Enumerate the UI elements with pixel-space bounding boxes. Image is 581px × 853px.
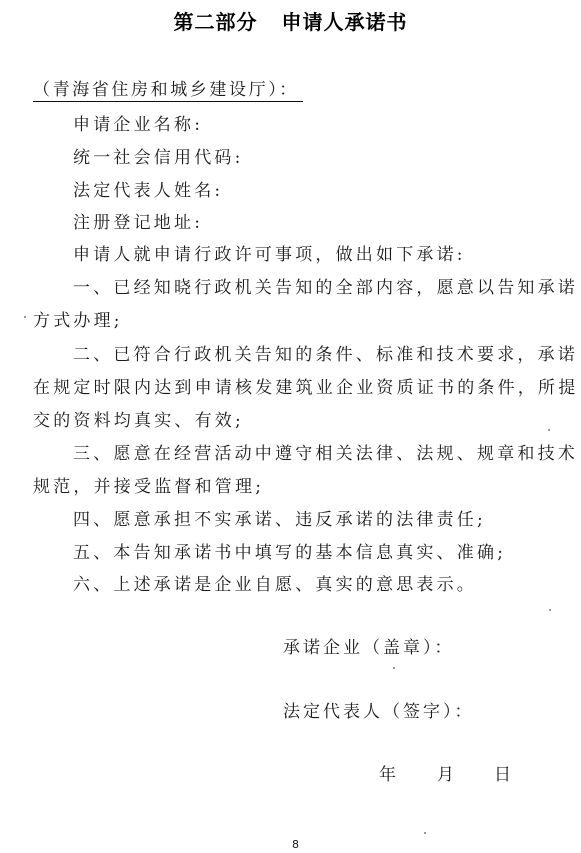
legal-rep-signature-label: 法定代表人（签字）：: [283, 697, 475, 722]
field-registered-address: 注册登记地址:: [73, 208, 203, 233]
date-month-label: 月: [437, 760, 454, 785]
scan-speck: [24, 316, 26, 318]
commitment-intro: 申请人就申请行政许可事项，做出如下承诺:: [73, 240, 466, 265]
title-part: 第二部分: [174, 10, 258, 34]
scan-speck: [393, 667, 395, 669]
page-number: 8: [292, 838, 299, 851]
addressee: （青海省住房和城乡建设厅）：: [33, 75, 303, 102]
field-legal-rep-name: 法定代表人姓名:: [73, 176, 223, 201]
scan-speck: [424, 832, 426, 834]
field-credit-code: 统一社会信用代码:: [73, 143, 244, 168]
commitment-2-line1: 二、已符合行政机关告知的条件、标准和技术要求，承诺: [73, 340, 578, 365]
company-seal-label: 承诺企业（盖章）：: [283, 633, 455, 658]
title-main: 申请人承诺书: [282, 10, 408, 34]
date-year-label: 年: [379, 760, 396, 785]
scan-speck: [549, 609, 551, 611]
commitment-1-line2: 方式办理;: [33, 306, 123, 331]
commitment-3-line1: 三、愿意在经营活动中遵守相关法律、法规、规章和技术: [73, 439, 578, 464]
date-day-label: 日: [494, 760, 511, 785]
commitment-3-line2: 规范，并接受监督和管理;: [33, 472, 264, 497]
commitment-1-line1: 一、已经知晓行政机关告知的全部内容，愿意以告知承诺: [73, 273, 578, 298]
page-title: 第二部分申请人承诺书: [0, 6, 581, 35]
commitment-2-line2: 在规定时限内达到申请核发建筑业企业资质证书的条件，所提: [33, 373, 578, 398]
commitment-4: 四、愿意承担不实承诺、违反承诺的法律责任;: [73, 505, 486, 530]
field-company-name: 申请企业名称:: [73, 110, 203, 135]
scan-speck: [548, 429, 550, 431]
commitment-5: 五、本告知承诺书中填写的基本信息真实、准确;: [73, 538, 506, 563]
commitment-2-line3: 交的资料均真实、有效;: [33, 406, 244, 431]
commitment-6: 六、上述承诺是企业自愿、真实的意思表示。: [73, 570, 477, 595]
